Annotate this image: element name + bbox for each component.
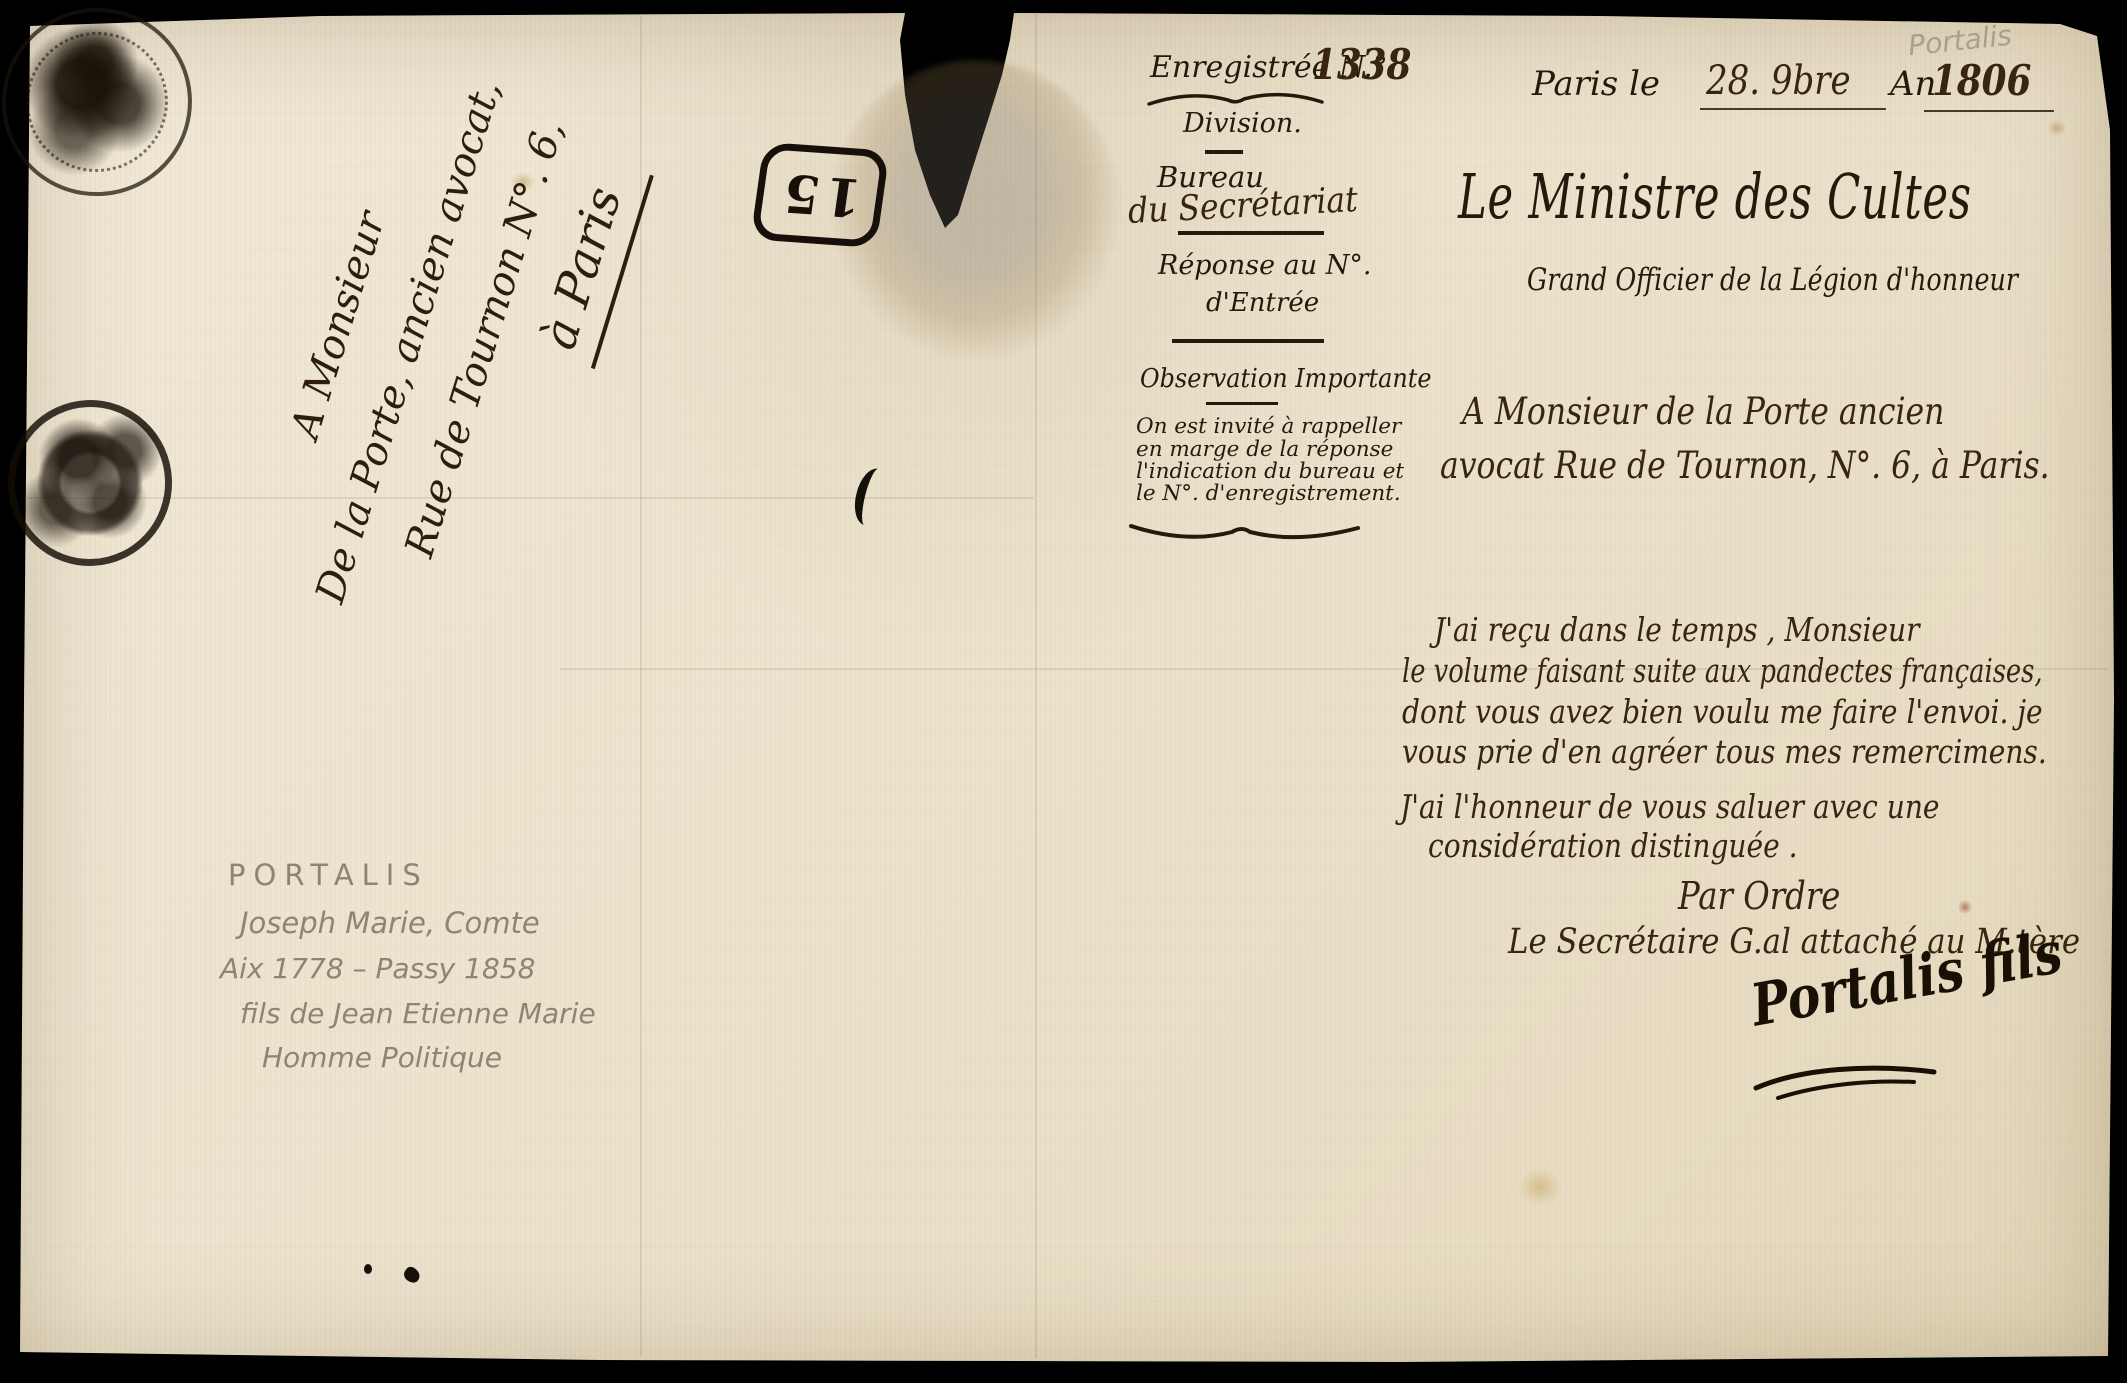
postage-due-stamp: 15 <box>750 142 889 248</box>
date-underline <box>1700 108 1886 110</box>
ink-speck <box>364 1264 372 1274</box>
reponse-label-line2: d'Entrée <box>1206 288 1319 318</box>
year-label: An <box>1890 64 1936 104</box>
short-rule <box>1205 150 1243 154</box>
place-label: Paris le <box>1532 64 1660 104</box>
closing-line: J'ai l'honneur de vous saluer avec une <box>1400 787 1940 826</box>
closing-line: considération distinguée . <box>1428 826 1798 865</box>
decorative-swash-closing <box>1128 520 1362 548</box>
fox-spot <box>1518 1168 1562 1206</box>
recipient-line2: avocat Rue de Tournon, N°. 6, à Paris. <box>1440 444 2050 487</box>
ministry-subtitle: Grand Officier de la Légion d'honneur <box>1527 262 2018 298</box>
fox-spot <box>1958 900 1972 914</box>
scanned-letter-page: 15 A Monsieur De la Porte, ancien avocat… <box>0 0 2127 1383</box>
pencil-annotation-line: Homme Politique <box>262 1041 502 1074</box>
registered-number-value: 1338 <box>1312 40 1411 89</box>
reponse-label-line1: Réponse au N°. <box>1158 250 1371 281</box>
division-label: Division. <box>1183 108 1302 139</box>
long-rule <box>1178 231 1324 235</box>
short-rule <box>1206 402 1278 405</box>
body-line: dont vous avez bien voulu me faire l'env… <box>1402 692 2043 731</box>
observation-line: le N°. d'enregistrement. <box>1136 481 1401 506</box>
body-line: vous prie d'en agréer tous mes remercime… <box>1402 732 2047 771</box>
body-line: le volume faisant suite aux pandectes fr… <box>1402 651 2043 690</box>
signature-paraph-flourish <box>1752 1058 1942 1102</box>
long-rule <box>1172 339 1324 343</box>
pencil-annotation-line: Joseph Marie, Comte <box>240 906 540 940</box>
ministry-title: Le Ministre des Cultes <box>1458 160 1972 233</box>
postage-due-value: 15 <box>775 162 866 228</box>
recipient-line1: A Monsieur de la Porte ancien <box>1462 390 1944 433</box>
pencil-annotation-line: fils de Jean Etienne Marie <box>240 997 596 1030</box>
pencil-annotation-line: Aix 1778 – Passy 1858 <box>220 952 535 985</box>
fox-spot <box>2048 120 2066 136</box>
year-underline <box>1924 110 2054 112</box>
pencil-annotation-line: PORTALIS <box>228 858 429 892</box>
by-order-line: Par Ordre <box>1678 874 1840 918</box>
year-value: 1806 <box>1932 56 2031 105</box>
body-line: J'ai reçu dans le temps , Monsieur <box>1434 610 1919 649</box>
observation-title: Observation Importante <box>1140 364 1432 394</box>
date-day-month: 28. 9bre <box>1706 58 1851 104</box>
observation-line: On est invité à rappeller <box>1136 414 1401 439</box>
